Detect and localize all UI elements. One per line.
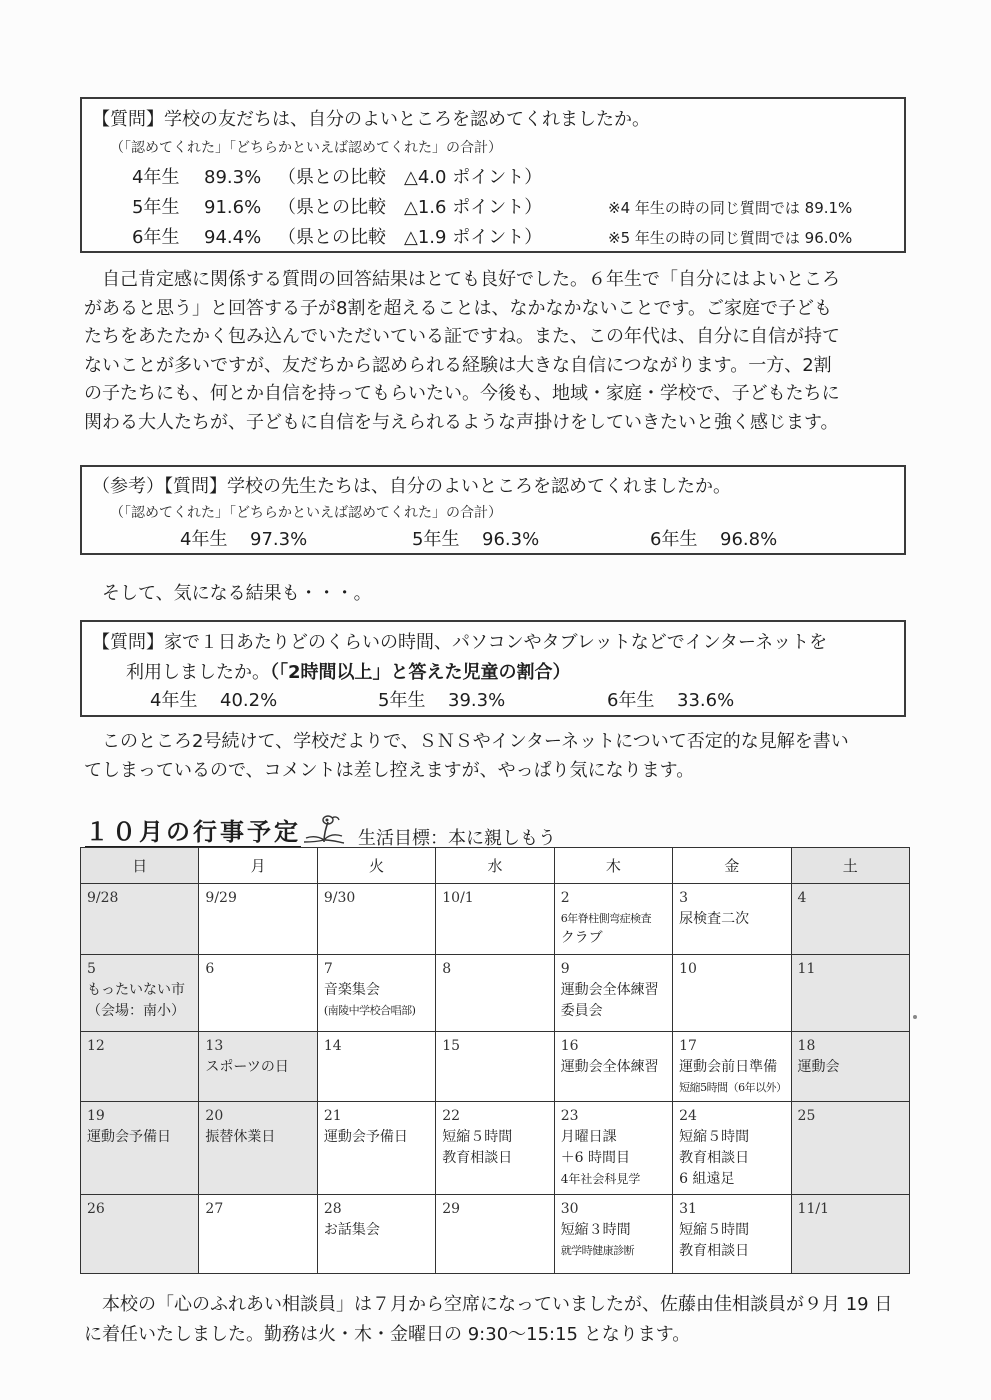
grade-label: 6年生 [650, 525, 720, 551]
day-number: 15 [442, 1036, 547, 1057]
survey-friends-box: 【質問】学校の友だちは、自分のよいところを認めてくれましたか。 （「認めてくれた… [80, 97, 906, 253]
day-number: 9 [561, 959, 666, 980]
day-number: 26 [87, 1199, 192, 1220]
paragraph-line: そして、気になる結果も・・・。 [84, 580, 914, 609]
grade-label: 5年生 [378, 686, 448, 712]
percentage: 96.8% [720, 529, 777, 550]
event: 運動会全体練習 [561, 1057, 666, 1078]
paragraph-line: の子たちにも、何とか自信を持ってもらいたい。今後も、地域・家庭・学校で、子どもた… [84, 380, 914, 409]
paragraph-line: に着任いたしました。勤務は火・木・金曜日の 9:30～15:15 となります。 [84, 1320, 892, 1350]
comparison: （県との比較 △1.9 ポイント） [278, 223, 608, 249]
schedule-title: １０月の行事予定 [85, 818, 301, 849]
calendar-day: 29 [436, 1195, 554, 1274]
survey-teachers-result-5: 5年生96.3% [412, 525, 539, 551]
day-number: 30 [561, 1199, 666, 1220]
day-number: 16 [561, 1036, 666, 1057]
day-number: 29 [442, 1199, 547, 1220]
day-number: 18 [798, 1036, 903, 1057]
day-number: 2 [561, 888, 666, 909]
calendar-day: 11 [791, 955, 909, 1032]
scan-speck [913, 1015, 917, 1019]
day-number: 9/30 [324, 888, 429, 909]
survey-internet-question-line2: 利用しましたか。（「2時間以上」と答えた児童の割合） [126, 658, 571, 684]
calendar-day: 24短縮５時間教育相談日6 組遠足 [673, 1102, 791, 1195]
day-number: 9/29 [205, 888, 310, 909]
day-number: 22 [442, 1106, 547, 1127]
day-number: 28 [324, 1199, 429, 1220]
day-number: 7 [324, 959, 429, 980]
calendar-day: 3尿検査二次 [673, 884, 791, 955]
paragraph-line: 関わる大人たちが、子どもに自信を与えられるような声掛けをしていきたいと強く感じま… [84, 409, 914, 438]
calendar-day: 4 [791, 884, 909, 955]
weekday-sat: 土 [791, 848, 909, 884]
event: 短縮３時間 [561, 1220, 666, 1241]
day-number: 27 [205, 1199, 310, 1220]
percentage: 91.6% [204, 197, 278, 218]
survey-internet-result-4: 4年生40.2% [150, 686, 277, 712]
transition-text: そして、気になる結果も・・・。 [84, 580, 914, 609]
day-number: 25 [798, 1106, 903, 1127]
grade-label: 4年生 [150, 686, 220, 712]
event: クラブ [561, 928, 666, 949]
event: 運動会予備日 [324, 1127, 429, 1148]
day-number: 17 [679, 1036, 784, 1057]
internet-comment: このところ2号続けて、学校だよりで、ＳＮＳやインターネットについて否定的な見解を… [84, 728, 914, 785]
day-number: 10/1 [442, 888, 547, 909]
event: 月曜日課 [561, 1127, 666, 1148]
paragraph-line: ないことが多いですが、友だちから認められる経験は大きな自信につながります。一方、… [84, 352, 914, 381]
survey-internet-question-line1: 【質問】家で１日あたりどのくらいの時間、パソコンやタブレットなどでインターネット… [92, 628, 827, 654]
grade-label: 4年生 [132, 163, 204, 189]
paragraph-line: があると思う」と回答する子が8割を超えることは、なかなかないことです。ご家庭で子… [84, 295, 914, 324]
survey-friends-row-4: 4年生89.3%（県との比較 △4.0 ポイント） [132, 163, 608, 189]
day-number: 11/1 [798, 1199, 903, 1220]
event: 教育相談日 [679, 1241, 784, 1262]
event: 4年社会科見学 [561, 1169, 666, 1190]
calendar-week: 12 13スポーツの日 14 15 16運動会全体練習 17運動会前日準備短縮5… [81, 1032, 910, 1102]
calendar-day: 17運動会前日準備短縮5時間（6年以外） [673, 1032, 791, 1102]
calendar-day: 23月曜日課＋6 時間目4年社会科見学 [554, 1102, 672, 1195]
day-number: 12 [87, 1036, 192, 1057]
paragraph-line: たちをあたたかく包み込んでいただいている証ですね。また、この年代は、自分に自信が… [84, 323, 914, 352]
calendar-day: 9/29 [199, 884, 317, 955]
event: 運動会予備日 [87, 1127, 192, 1148]
event: 委員会 [561, 1001, 666, 1022]
day-number: 9/28 [87, 888, 192, 909]
weekday-header-row: 日 月 火 水 木 金 土 [81, 848, 910, 884]
calendar-day: 9/30 [317, 884, 435, 955]
calendar-week: 19運動会予備日 20振替休業日 21運動会予備日 22短縮５時間教育相談日 2… [81, 1102, 910, 1195]
event: ＋6 時間目 [561, 1148, 666, 1169]
day-number: 10 [679, 959, 784, 980]
survey-internet-result-6: 6年生33.6% [607, 686, 734, 712]
calendar-day: 12 [81, 1032, 199, 1102]
event: 運動会全体練習 [561, 980, 666, 1001]
question-emphasis: （「2時間以上」と答えた児童の割合） [270, 662, 571, 683]
day-number: 11 [798, 959, 903, 980]
event: もったいない市 [87, 980, 192, 1001]
calendar-day: 10 [673, 955, 791, 1032]
event: 短縮５時間 [679, 1127, 784, 1148]
paragraph-line: 自己肯定感に関係する質問の回答結果はとても良好でした。６年生で「自分にはよいとこ… [84, 266, 914, 295]
weekday-sun: 日 [81, 848, 199, 884]
event: 尿検査二次 [679, 909, 784, 930]
grade-label: 6年生 [132, 223, 204, 249]
weekday-wed: 水 [436, 848, 554, 884]
calendar-day: 25 [791, 1102, 909, 1195]
calendar-day: 20振替休業日 [199, 1102, 317, 1195]
calendar-week: 9/28 9/29 9/30 10/1 26年脊柱側弯症検査クラブ 3尿検査二次… [81, 884, 910, 955]
day-number: 19 [87, 1106, 192, 1127]
calendar-week: 5もったいない市（会場：南小） 6 7音楽集会(南陵中学校合唱部) 8 9運動会… [81, 955, 910, 1032]
event: (南陵中学校合唱部) [324, 1001, 429, 1020]
flower-icon [302, 812, 348, 846]
event: 運動会 [798, 1057, 903, 1078]
day-number: 31 [679, 1199, 784, 1220]
event: スポーツの日 [205, 1057, 310, 1078]
survey-friends-row-6: 6年生94.4%（県との比較 △1.9 ポイント）※5 年生の時の同じ質問では … [132, 223, 852, 249]
comparison: （県との比較 △4.0 ポイント） [278, 163, 608, 189]
calendar-day: 19運動会予備日 [81, 1102, 199, 1195]
question-text: 利用しましたか。 [126, 662, 270, 683]
paragraph-line: 本校の「心のふれあい相談員」は７月から空席になっていましたが、佐藤由佳相談員が９… [84, 1290, 892, 1320]
grade-label: 5年生 [412, 525, 482, 551]
paragraph-line: このところ2号続けて、学校だよりで、ＳＮＳやインターネットについて否定的な見解を… [84, 728, 914, 757]
calendar-day: 7音楽集会(南陵中学校合唱部) [317, 955, 435, 1032]
day-number: 13 [205, 1036, 310, 1057]
percentage: 94.4% [204, 227, 278, 248]
event: 短縮５時間 [442, 1127, 547, 1148]
calendar-day: 13スポーツの日 [199, 1032, 317, 1102]
percentage: 40.2% [220, 690, 277, 711]
remark: ※5 年生の時の同じ質問では 96.0% [608, 227, 852, 248]
october-calendar: 日 月 火 水 木 金 土 9/28 9/29 9/30 10/1 26年脊柱側… [80, 847, 910, 1274]
event: お話集会 [324, 1220, 429, 1241]
calendar-day: 27 [199, 1195, 317, 1274]
calendar-week: 26 27 28お話集会 29 30短縮３時間就学時健康診断 31短縮５時間教育… [81, 1195, 910, 1274]
event: 音楽集会 [324, 980, 429, 1001]
survey-friends-question: 【質問】学校の友だちは、自分のよいところを認めてくれましたか。 [92, 105, 650, 131]
survey-friends-row-5: 5年生91.6%（県との比較 △1.6 ポイント）※4 年生の時の同じ質問では … [132, 193, 852, 219]
day-number: 24 [679, 1106, 784, 1127]
day-number: 6 [205, 959, 310, 980]
event: 教育相談日 [679, 1148, 784, 1169]
grade-label: 5年生 [132, 193, 204, 219]
survey-internet-box: 【質問】家で１日あたりどのくらいの時間、パソコンやタブレットなどでインターネット… [80, 620, 906, 717]
event: 短縮5時間（6年以外） [679, 1078, 784, 1097]
grade-label: 6年生 [607, 686, 677, 712]
percentage: 33.6% [677, 690, 734, 711]
weekday-mon: 月 [199, 848, 317, 884]
calendar-day: 31短縮５時間教育相談日 [673, 1195, 791, 1274]
survey-friends-note: （「認めてくれた」「どちらかといえば認めてくれた」の合計） [110, 137, 502, 157]
event: 教育相談日 [442, 1148, 547, 1169]
percentage: 97.3% [250, 529, 307, 550]
survey-teachers-note: （「認めてくれた」「どちらかといえば認めてくれた」の合計） [110, 502, 502, 522]
survey-teachers-question: （参考）【質問】学校の先生たちは、自分のよいところを認めてくれましたか。 [92, 472, 731, 498]
event: 運動会前日準備 [679, 1057, 784, 1078]
calendar-day: 28お話集会 [317, 1195, 435, 1274]
day-number: 8 [442, 959, 547, 980]
calendar-day: 9運動会全体練習委員会 [554, 955, 672, 1032]
survey-teachers-result-6: 6年生96.8% [650, 525, 777, 551]
percentage: 39.3% [448, 690, 505, 711]
calendar-day: 14 [317, 1032, 435, 1102]
calendar-day: 26年脊柱側弯症検査クラブ [554, 884, 672, 955]
event: 就学時健康診断 [561, 1241, 666, 1260]
calendar-day: 6 [199, 955, 317, 1032]
day-number: 20 [205, 1106, 310, 1127]
weekday-thu: 木 [554, 848, 672, 884]
weekday-fri: 金 [673, 848, 791, 884]
calendar-day: 21運動会予備日 [317, 1102, 435, 1195]
calendar-day: 11/1 [791, 1195, 909, 1274]
calendar-day: 26 [81, 1195, 199, 1274]
calendar-day: 30短縮３時間就学時健康診断 [554, 1195, 672, 1274]
survey-teachers-box: （参考）【質問】学校の先生たちは、自分のよいところを認めてくれましたか。 （「認… [80, 465, 906, 555]
calendar-day: 5もったいない市（会場：南小） [81, 955, 199, 1032]
newsletter-page: 【質問】学校の友だちは、自分のよいところを認めてくれましたか。 （「認めてくれた… [0, 0, 991, 1400]
remark: ※4 年生の時の同じ質問では 89.1% [608, 197, 852, 218]
percentage: 96.3% [482, 529, 539, 550]
event: 6 組遠足 [679, 1169, 784, 1190]
calendar-day: 16運動会全体練習 [554, 1032, 672, 1102]
day-number: 14 [324, 1036, 429, 1057]
event: 振替休業日 [205, 1127, 310, 1148]
weekday-tue: 火 [317, 848, 435, 884]
day-number: 4 [798, 888, 903, 909]
paragraph-line: てしまっているので、コメントは差し控えますが、やっぱり気になります。 [84, 757, 914, 786]
event: （会場：南小） [87, 1001, 192, 1022]
calendar-day: 18運動会 [791, 1032, 909, 1102]
event: 6年脊柱側弯症検査 [561, 909, 666, 928]
day-number: 23 [561, 1106, 666, 1127]
percentage: 89.3% [204, 167, 278, 188]
calendar-day: 22短縮５時間教育相談日 [436, 1102, 554, 1195]
counselor-notice: 本校の「心のふれあい相談員」は７月から空席になっていましたが、佐藤由佳相談員が９… [84, 1290, 892, 1350]
calendar-day: 10/1 [436, 884, 554, 955]
day-number: 5 [87, 959, 192, 980]
day-number: 3 [679, 888, 784, 909]
calendar-day: 15 [436, 1032, 554, 1102]
grade-label: 4年生 [180, 525, 250, 551]
calendar-day: 8 [436, 955, 554, 1032]
day-number: 21 [324, 1106, 429, 1127]
calendar-day: 9/28 [81, 884, 199, 955]
survey-teachers-result-4: 4年生97.3% [180, 525, 307, 551]
survey-internet-result-5: 5年生39.3% [378, 686, 505, 712]
self-esteem-comment: 自己肯定感に関係する質問の回答結果はとても良好でした。６年生で「自分にはよいとこ… [84, 266, 914, 437]
comparison: （県との比較 △1.6 ポイント） [278, 193, 608, 219]
event: 短縮５時間 [679, 1220, 784, 1241]
